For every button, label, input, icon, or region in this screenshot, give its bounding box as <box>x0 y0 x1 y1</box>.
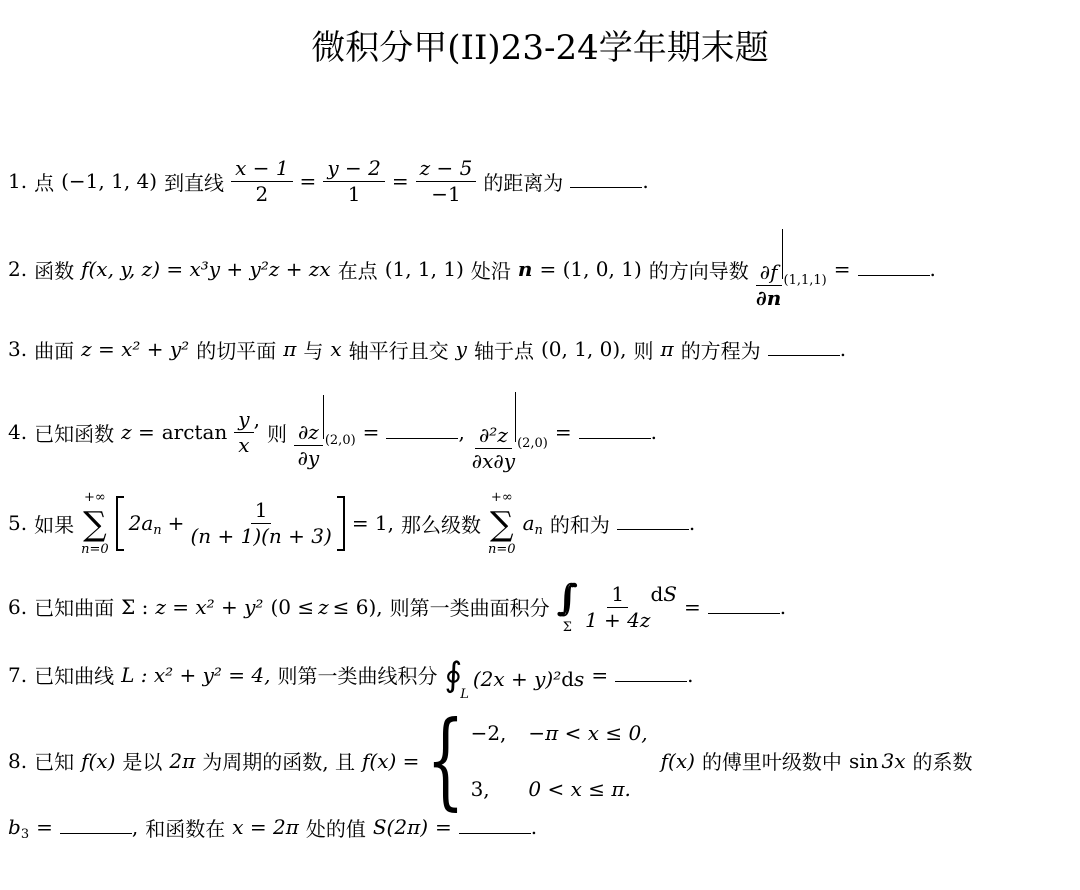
problem-2: 2. 函数 f(x, y, z) = x³y + y²z + zx 在点 (1,… <box>8 229 1072 310</box>
answer-blank <box>768 340 840 356</box>
text-segment: 那么级数 <box>401 509 481 538</box>
term-symbol: a <box>523 511 535 535</box>
sin-argument: 3x <box>881 749 905 773</box>
fraction-denominator: 1 <box>348 182 361 206</box>
series-term: 2a n <box>129 511 162 535</box>
integrand: 1 1 + 4z d S <box>585 582 677 632</box>
equals-sign: = <box>684 595 701 619</box>
problem-number: 3. <box>8 337 27 361</box>
partial-derivative-fraction: ∂²z ∂x∂y <box>472 424 515 473</box>
fraction-denominator: −1 <box>431 182 460 206</box>
answer-blank <box>459 818 531 834</box>
vector-value: = (1, 0, 1) <box>539 257 641 281</box>
text-segment: 已知 <box>34 746 74 775</box>
double-integral-operator: ∫∫ Σ <box>557 580 578 634</box>
point-coordinates: (1, 1, 1) <box>385 257 464 281</box>
curve-equation: L : x² + y² = 4, <box>121 663 270 687</box>
period: . <box>531 815 537 839</box>
equals-sign: = <box>834 257 851 281</box>
problem-7: 7. 已知曲线 L : x² + y² = 4, 则第一类曲线积分 ∮ L (2… <box>8 658 1072 692</box>
left-bracket <box>116 496 124 551</box>
period: . <box>930 257 936 281</box>
page-title: 微积分甲(II)23-24学年期末题 <box>8 28 1072 69</box>
answer-blank <box>60 818 132 834</box>
problem-number: 5. <box>8 511 27 535</box>
fraction-z: z − 5 −1 <box>416 157 477 206</box>
equals-sign: = <box>591 663 608 687</box>
summation-icon: ∑ <box>490 507 514 540</box>
summation-lower-limit: n=0 <box>488 543 516 556</box>
problem-number: 2. <box>8 257 27 281</box>
plus-sign: + <box>168 511 185 535</box>
equals-one: = 1, <box>352 511 394 535</box>
directional-derivative: ∂f ∂n (1,1,1) <box>756 229 827 310</box>
evaluation-bar <box>515 392 516 442</box>
point-coordinates: (−1, 1, 4) <box>61 169 157 193</box>
fraction-numerator: ∂z <box>294 421 323 446</box>
text-segment: 已知曲线 <box>34 660 114 689</box>
period: . <box>687 663 693 687</box>
summation-icon: ∑ <box>83 507 107 540</box>
answer-group: . <box>617 511 695 535</box>
text-segment: 到直线 <box>164 167 224 196</box>
fraction-y-over-x: y x <box>234 408 253 457</box>
answer-group: . <box>570 169 648 193</box>
equals-sign: = <box>36 815 53 839</box>
answer-blank <box>579 423 651 439</box>
case-value: −2, <box>471 721 507 745</box>
problem-6: 6. 已知曲面 Σ : z = x² + y² (0 ≤ z ≤ 6), 则第一… <box>8 580 1072 634</box>
fraction: 1 1 + 4z <box>585 583 650 632</box>
differential-variable: S <box>663 582 677 606</box>
fraction-numerator: 1 <box>251 499 272 524</box>
range-variable: z <box>318 595 329 619</box>
fraction-numerator: ∂f <box>756 261 782 286</box>
x-axis-variable: x <box>330 337 341 361</box>
function-fx: f(x) <box>81 749 115 773</box>
period: . <box>651 420 657 444</box>
plane-symbol: π <box>283 337 296 361</box>
z-equals: z = <box>121 420 155 444</box>
point-coordinates: (0, 1, 0), <box>541 337 627 361</box>
problem-1: 1. 点 (−1, 1, 4) 到直线 x − 1 2 = y − 2 1 = … <box>8 157 1072 206</box>
fraction-y: y − 2 1 <box>323 157 385 206</box>
fraction-numerator: y <box>234 408 253 433</box>
answer-group: . <box>708 595 786 619</box>
first-partial-derivative: ∂z ∂y (2,0) <box>294 395 356 470</box>
text-segment: 与 <box>303 335 323 364</box>
text-segment: 轴于点 <box>474 335 534 364</box>
fraction-numerator: x − 1 <box>231 157 292 182</box>
vector-n: n <box>518 257 533 281</box>
evaluation-bar-group: (2,0) <box>323 395 356 439</box>
y-axis-variable: y <box>456 337 467 361</box>
surface-equation: z = x² + y² <box>81 337 189 361</box>
text-segment: 在点 <box>338 255 378 284</box>
fraction-denominator: ∂n <box>756 286 781 310</box>
text-segment: 则第一类曲面积分 <box>390 592 550 621</box>
z-range: (0 ≤ z ≤ 6), <box>270 595 382 619</box>
text-segment: 点 <box>34 167 54 196</box>
case-condition: 0 < x ≤ π. <box>528 777 647 801</box>
surface-equation: z = x² + y² <box>155 595 263 619</box>
evaluation-point: (2,0) <box>325 433 356 448</box>
text-segment: 轴平行且交 <box>349 335 449 364</box>
answer-blank <box>617 514 689 530</box>
period: . <box>689 511 695 535</box>
series-term: a n <box>523 511 543 535</box>
problem-8: 8. 已知 f(x) 是以 2π 为周期的函数, 且 f(x) = { −2, … <box>8 721 1072 801</box>
period-value: 2π <box>169 749 195 773</box>
term-subscript: n <box>153 523 161 538</box>
sine-term: sin 3x <box>849 749 906 773</box>
text-segment: 则第一类曲线积分 <box>277 660 437 689</box>
evaluation-bar-group: (1,1,1) <box>782 229 827 279</box>
evaluation-point: (1,1,1) <box>784 273 827 288</box>
text-segment: 曲面 <box>34 335 74 364</box>
second-partial-derivative: ∂²z ∂x∂y (2,0) <box>472 392 548 473</box>
text-segment: 的傅里叶级数中 <box>702 746 842 775</box>
summation-operator: +∞ ∑ n=0 <box>81 491 109 556</box>
fraction-x: x − 1 2 <box>231 157 292 206</box>
fraction-numerator: 1 <box>607 583 628 608</box>
term-subscript: n <box>535 523 543 538</box>
problem-number: 4. <box>8 420 27 444</box>
problem-5: 5. 如果 +∞ ∑ n=0 2a n + 1 (n + 1)(n + 3) =… <box>8 491 1072 556</box>
integrand: (2x + y)² <box>473 667 561 691</box>
fraction-denominator: x <box>238 433 249 457</box>
differential-variable: s <box>574 667 584 691</box>
partial-derivative-fraction: ∂z ∂y <box>294 421 323 470</box>
answer-group: . <box>579 420 657 444</box>
answer-group: . <box>459 815 537 839</box>
text-segment: 为周期的函数, 且 <box>202 746 355 775</box>
problem-number: 7. <box>8 663 27 687</box>
problem-number: 1. <box>8 169 27 193</box>
summation-upper-limit: +∞ <box>84 491 106 504</box>
text-segment: 则 <box>634 335 654 364</box>
text-segment: 是以 <box>122 746 162 775</box>
case-condition: −π < x ≤ 0, <box>528 721 647 745</box>
equals-sign: = <box>555 420 572 444</box>
text-segment: 如果 <box>34 509 74 538</box>
text-segment: 已知函数 <box>34 418 114 447</box>
comma: , <box>132 815 138 839</box>
text-segment: 处的值 <box>306 813 366 842</box>
fraction-numerator: z − 5 <box>416 157 477 182</box>
problem-number: 8. <box>8 749 27 773</box>
answer-blank <box>386 423 458 439</box>
fraction-denominator: 2 <box>255 182 268 206</box>
direction-vector: n <box>518 257 533 281</box>
answer-blank <box>708 598 780 614</box>
fraction-numerator: ∂²z <box>475 424 512 449</box>
problem-4: 4. 已知函数 z = arctan y x , 则 ∂z ∂y (2,0) =… <box>8 392 1072 473</box>
double-integral-icon: ∫∫ <box>557 580 578 618</box>
partial-derivative-fraction: ∂f ∂n <box>756 261 782 310</box>
text-segment: 的系数 <box>913 746 973 775</box>
cases-brace: { <box>426 708 464 813</box>
equals-sign: = <box>300 169 317 193</box>
answer-blank <box>615 666 687 682</box>
contour-integral-group: ∮ L <box>444 658 468 692</box>
evaluation-point: (2,0) <box>517 436 548 451</box>
answer-group: . <box>768 337 846 361</box>
coefficient-subscript: 3 <box>21 827 29 842</box>
text-segment: 已知曲面 <box>34 592 114 621</box>
equals-sign: = <box>392 169 409 193</box>
fraction: 1 (n + 1)(n + 3) <box>190 499 331 548</box>
text-segment: 的方程为 <box>681 335 761 364</box>
answer-group: . <box>615 663 693 687</box>
range-open: (0 ≤ <box>270 595 314 619</box>
summation-upper-limit: +∞ <box>491 491 513 504</box>
differential-d: d <box>561 667 574 691</box>
coefficient-b3: b 3 <box>8 815 29 839</box>
differential-d: d <box>650 582 663 606</box>
bracket-content: 2a n + 1 (n + 1)(n + 3) <box>124 495 337 552</box>
text-segment: 则 <box>267 418 287 447</box>
line-integral: ∮ L (2x + y)² d s <box>444 658 584 692</box>
evaluation-bar <box>323 395 324 439</box>
period: . <box>780 595 786 619</box>
text-segment: 函数 <box>34 255 74 284</box>
period: . <box>840 337 846 361</box>
comma: , <box>254 407 260 431</box>
fraction-numerator: y − 2 <box>323 157 385 182</box>
equals-sign: = <box>363 420 380 444</box>
answer-blank <box>570 172 642 188</box>
plane-symbol: π <box>661 337 674 361</box>
right-bracket <box>337 496 345 551</box>
text-segment: 的切平面 <box>196 335 276 364</box>
case-value: 3, <box>471 777 507 801</box>
piecewise-cases: { −2, −π < x ≤ 0, 3, 0 < x ≤ π. <box>426 721 647 801</box>
period: . <box>642 169 648 193</box>
function-formula: f(x, y, z) = x³y + y²z + zx <box>81 257 331 281</box>
arctan-operator: arctan <box>162 420 228 444</box>
comma: , <box>458 420 464 444</box>
summation-lower-limit: n=0 <box>81 543 109 556</box>
answer-blank <box>858 260 930 276</box>
fraction-denominator: ∂x∂y <box>472 449 515 473</box>
answer-group: , <box>386 420 464 444</box>
term-coefficient: 2a <box>129 511 154 535</box>
answer-group: , <box>60 815 138 839</box>
final-line: b 3 = , 和函数在 x = 2π 处的值 S(2π) = . <box>8 813 1072 842</box>
summation-operator: +∞ ∑ n=0 <box>488 491 516 556</box>
surface-name: Σ : <box>121 595 148 619</box>
bracketed-expression: 2a n + 1 (n + 1)(n + 3) <box>116 495 345 552</box>
evaluation-bar <box>782 229 783 279</box>
text-segment: 的和为 <box>550 509 610 538</box>
function-definition: f(x) = <box>362 749 419 773</box>
text-segment: 的方向导数 <box>649 255 749 284</box>
fraction-denominator: 1 + 4z <box>585 608 650 632</box>
integral-domain: Σ <box>563 621 572 634</box>
text-segment: 和函数在 <box>145 813 225 842</box>
range-close: ≤ 6), <box>333 595 383 619</box>
problem-3: 3. 曲面 z = x² + y² 的切平面 π 与 x 轴平行且交 y 轴于点… <box>8 335 1072 364</box>
exam-page: 微积分甲(II)23-24学年期末题 1. 点 (−1, 1, 4) 到直线 x… <box>0 0 1080 842</box>
cases-grid: −2, −π < x ≤ 0, 3, 0 < x ≤ π. <box>471 721 648 801</box>
text-segment: 处沿 <box>471 255 511 284</box>
answer-group: . <box>858 257 936 281</box>
x-value: x = 2π <box>232 815 299 839</box>
sin-operator: sin <box>849 749 879 773</box>
text-segment: 的距离为 <box>483 167 563 196</box>
fraction-denominator: (n + 1)(n + 3) <box>190 524 331 548</box>
arctan-argument: y x , <box>234 407 260 457</box>
sum-function-value: S(2π) <box>373 815 428 839</box>
function-fx: f(x) <box>661 749 695 773</box>
coefficient-symbol: b <box>8 815 21 839</box>
evaluation-bar-group: (2,0) <box>515 392 548 442</box>
fraction-denominator: ∂y <box>298 446 320 470</box>
problem-number: 6. <box>8 595 27 619</box>
